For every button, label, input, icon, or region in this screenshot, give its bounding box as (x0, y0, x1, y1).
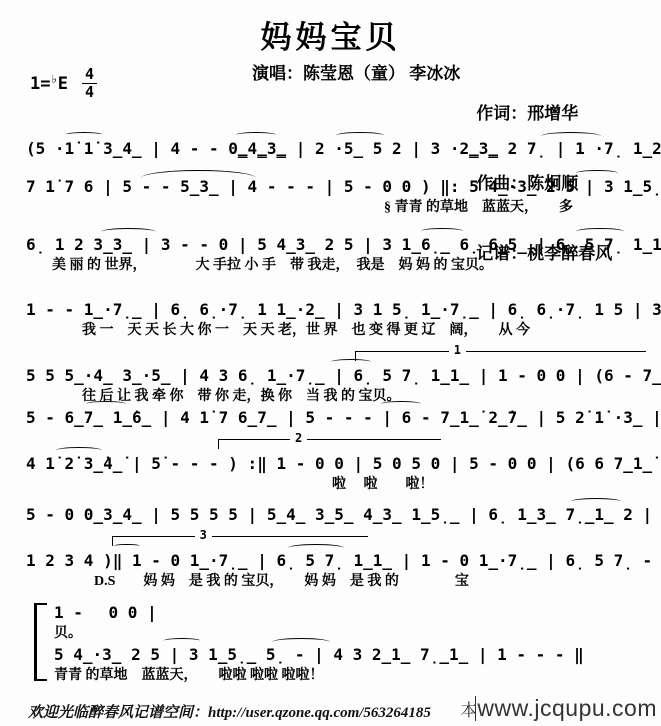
watermark-url: www.jcqupu.com (477, 695, 657, 722)
notation-line: 1 - 0 0 | (54, 601, 661, 625)
slur-arc (56, 447, 102, 457)
notation-line: 4 1̇ 2̇ 3̲̇4̲̇ | 5̇ - - - ) :‖ 1 - 0 0 |… (26, 452, 661, 476)
time-signature-denominator: 4 (85, 84, 94, 100)
volta-number: 2 (290, 432, 307, 444)
vocal-names: 陈莹恩（童） 李冰冰 (303, 64, 460, 83)
song-title: 妈妈宝贝 (0, 0, 661, 57)
volta-number: 3 (195, 529, 212, 541)
lyrics-line: 啦 啦 啦！ (332, 476, 661, 494)
lyrics-line: 青青 的草地 蓝蓝天， 啦啦 啦啦 啦啦！ (54, 667, 661, 685)
slur-arc (571, 498, 621, 508)
slur-arc (86, 401, 126, 411)
lyrics-line: 贝。 (54, 625, 661, 643)
coda-system: 1 - 0 0 | 贝。 5 4̲·3̲ 2 5 | 3 1̲5̣̲ 5̣ - … (30, 601, 661, 685)
lyricist-credit: 作词：邢增华 (476, 99, 612, 124)
lyrics-line: 我 一 天 天 长 大 你 一 天 天 老，世 界 也 变 得 更 辽 阔， 从… (82, 322, 661, 340)
system-brace (34, 603, 47, 681)
staff-line-6: 5 - 6̲7̲ 1̲̇6̲ | 4 1̇ 7 6̲7̲ | 5 - - - |… (26, 406, 661, 430)
time-signature-numerator: 4 (82, 67, 97, 84)
notation-line: 5 4̲·3̲ 2 5 | 3 1̲5̣̲ 5̣ - | 4 3 2̲1̲ 7̣… (54, 643, 661, 667)
flat-icon: ♭ (50, 72, 57, 86)
volta-number: 1 (449, 344, 466, 356)
staff-line-2: 7 1̇ 7 6 | 5 - - 5̲3̲ | 4 - - - | 5 - 0 … (26, 175, 661, 217)
slur-arc (541, 132, 601, 142)
staff-line-9: 3 1 2 3 4 )‖ 1 - 0 1̲·7̣̲ | 6̣ 5 7̣ 1̲1̲… (26, 549, 661, 591)
slur-arc (164, 638, 200, 648)
slur-arc (576, 228, 624, 238)
notation-line: 1 - - 1̲·7̣̲ | 6̣ 6̣·7̣ 1 1̲·2̲ | 3 1 5̣… (26, 298, 661, 322)
coda-bottom-staff: 5 4̲·3̲ 2 5 | 3 1̲5̣̲ 5̣ - | 4 3 2̲1̲ 7̣… (54, 643, 661, 667)
slur-arc (288, 544, 344, 554)
site-watermark: 本 www.jcqupu.com (460, 695, 657, 722)
slur-arc (66, 132, 102, 142)
key-note: E (58, 74, 68, 94)
watermark-logo-glyph: 本 (460, 696, 476, 721)
key-tonic: 1= (30, 74, 50, 94)
notation-line: 7 1̇ 7 6 | 5 - - 5̲3̲ | 4 - - - | 5 - 0 … (26, 175, 661, 199)
vocal-label: 演唱： (252, 64, 303, 83)
staff-line-1: (5 ·1̇ 1̇ 3̲4̲ | 4 - - 0̳4̳3̳ | 2 ·5̲ 5 … (26, 137, 661, 161)
lyrics-line: § 青青 的草地 蓝蓝天， 多 (384, 199, 661, 217)
lyricist-name: 邢增华 (527, 104, 578, 123)
slur-arc (114, 544, 140, 554)
slur-arc (331, 359, 371, 369)
lyricist-label: 作词： (476, 104, 527, 123)
lyrics-line: 往 后 让 我 牵 你 带 你 走，换 你 当 我 的 宝贝。 (82, 388, 661, 406)
notation-line: 5 - 0 0̲3̲4̲ | 5 5 5 5 | 5̲4̲ 3̲5̲ 4̲3̲ … (26, 503, 661, 527)
lyrics-line: D.S 妈 妈 是 我 的 宝贝， 妈 妈 是 我 的 宝 (94, 573, 661, 591)
lyrics-line: 美 丽 的 世界， 大 手拉 小 手 带 我走， 我是 妈 妈 的 宝贝。 (52, 257, 661, 275)
key-signature: 1=♭E 4 4 (30, 67, 97, 100)
slur-arc (381, 401, 421, 411)
staff-line-5: 1 5 5 5̲·4̲ 3̲·5̲ | 4 3 6̣ 1̲·7̣̲ | 6̣ 5… (26, 364, 661, 406)
volta-bracket-1: 1 (355, 351, 646, 361)
staff-line-3: 6̣ 1 2 3̲3̲ | 3 - - 0 | 5 4̲3̲ 2 5 | 3 1… (26, 233, 661, 275)
staff-line-4: 1 - - 1̲·7̣̲ | 6̣ 6̣·7̣ 1 1̲·2̲ | 3 1 5̣… (26, 298, 661, 340)
slur-arc (141, 170, 256, 180)
sheet-music-page: 妈妈宝贝 1=♭E 4 4 演唱：陈莹恩（童） 李冰冰 作词：邢增华 作曲：陈炯… (0, 0, 661, 726)
volta-bracket-2: 2 (218, 439, 441, 449)
slur-arc (272, 638, 330, 648)
staff-line-8: 5 - 0 0̲3̲4̲ | 5 5 5 5 | 5̲4̲ 3̲5̲ 4̲3̲ … (26, 503, 661, 527)
slur-arc (101, 228, 156, 238)
welcome-text: 欢迎光临醉春风记谱空间：http://user.qzone.qq.com/563… (28, 701, 431, 722)
slur-arc (576, 170, 618, 180)
slur-arc (421, 228, 463, 238)
page-footer: 欢迎光临醉春风记谱空间：http://user.qzone.qq.com/563… (0, 695, 661, 722)
score-header: 1=♭E 4 4 演唱：陈莹恩（童） 李冰冰 作词：邢增华 作曲：陈炯顺 记谱：… (0, 57, 661, 137)
time-signature: 4 4 (82, 67, 97, 100)
slur-arc (236, 132, 276, 142)
slur-arc (336, 132, 384, 142)
staff-line-7: 2 4 1̇ 2̇ 3̲̇4̲̇ | 5̇ - - - ) :‖ 1 - 0 0… (26, 452, 661, 494)
